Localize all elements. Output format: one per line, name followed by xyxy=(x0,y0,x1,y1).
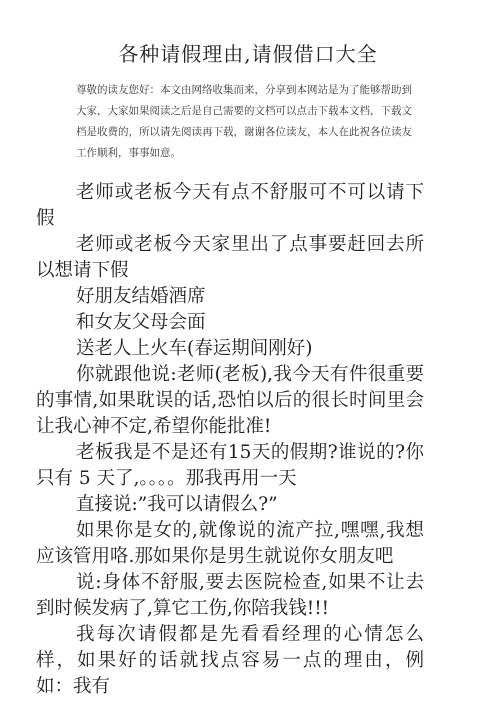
paragraph: 老师或老板今天家里出了点事要赶回去所以想请下假 xyxy=(36,232,424,284)
paragraph: 你就跟他说:老师(老板),我今天有件很重要的事情,如果耽误的话,恐怕以后的很长时… xyxy=(36,362,424,440)
paragraph: 好朋友结婚酒席 xyxy=(36,284,424,310)
paragraph: 和女友父母会面 xyxy=(36,310,424,336)
paragraph: 老板我是不是还有15天的假期?谁说的?你只有 5 天了,。。。。那我再用一天 xyxy=(36,440,424,492)
paragraph: 我每次请假都是先看看经理的心情怎么样，如果好的话就找点容易一点的理由，例如：我有 xyxy=(36,622,424,700)
document-title: 各种请假理由,请假借口大全 xyxy=(0,38,496,67)
paragraph: 老师或老板今天有点不舒服可不可以请下假 xyxy=(36,180,424,232)
paragraph: 说:身体不舒服,要去医院检查,如果不让去到时候发病了,算它工伤,你陪我钱!!! xyxy=(36,570,424,622)
paragraph: 如果你是女的,就像说的流产拉,嘿嘿,我想应该管用咯.那如果你是男生就说你女朋友吧 xyxy=(36,518,424,570)
paragraph: 直接说:”我可以请假么?” xyxy=(36,492,424,518)
document-body: 老师或老板今天有点不舒服可不可以请下假 老师或老板今天家里出了点事要赶回去所以想… xyxy=(36,180,424,700)
reader-notice: 尊敬的读友您好：本文由网络收集而来，分享到本网站是为了能够帮助到大家，大家如果阅… xyxy=(76,80,416,164)
paragraph: 送老人上火车(春运期间刚好) xyxy=(36,336,424,362)
